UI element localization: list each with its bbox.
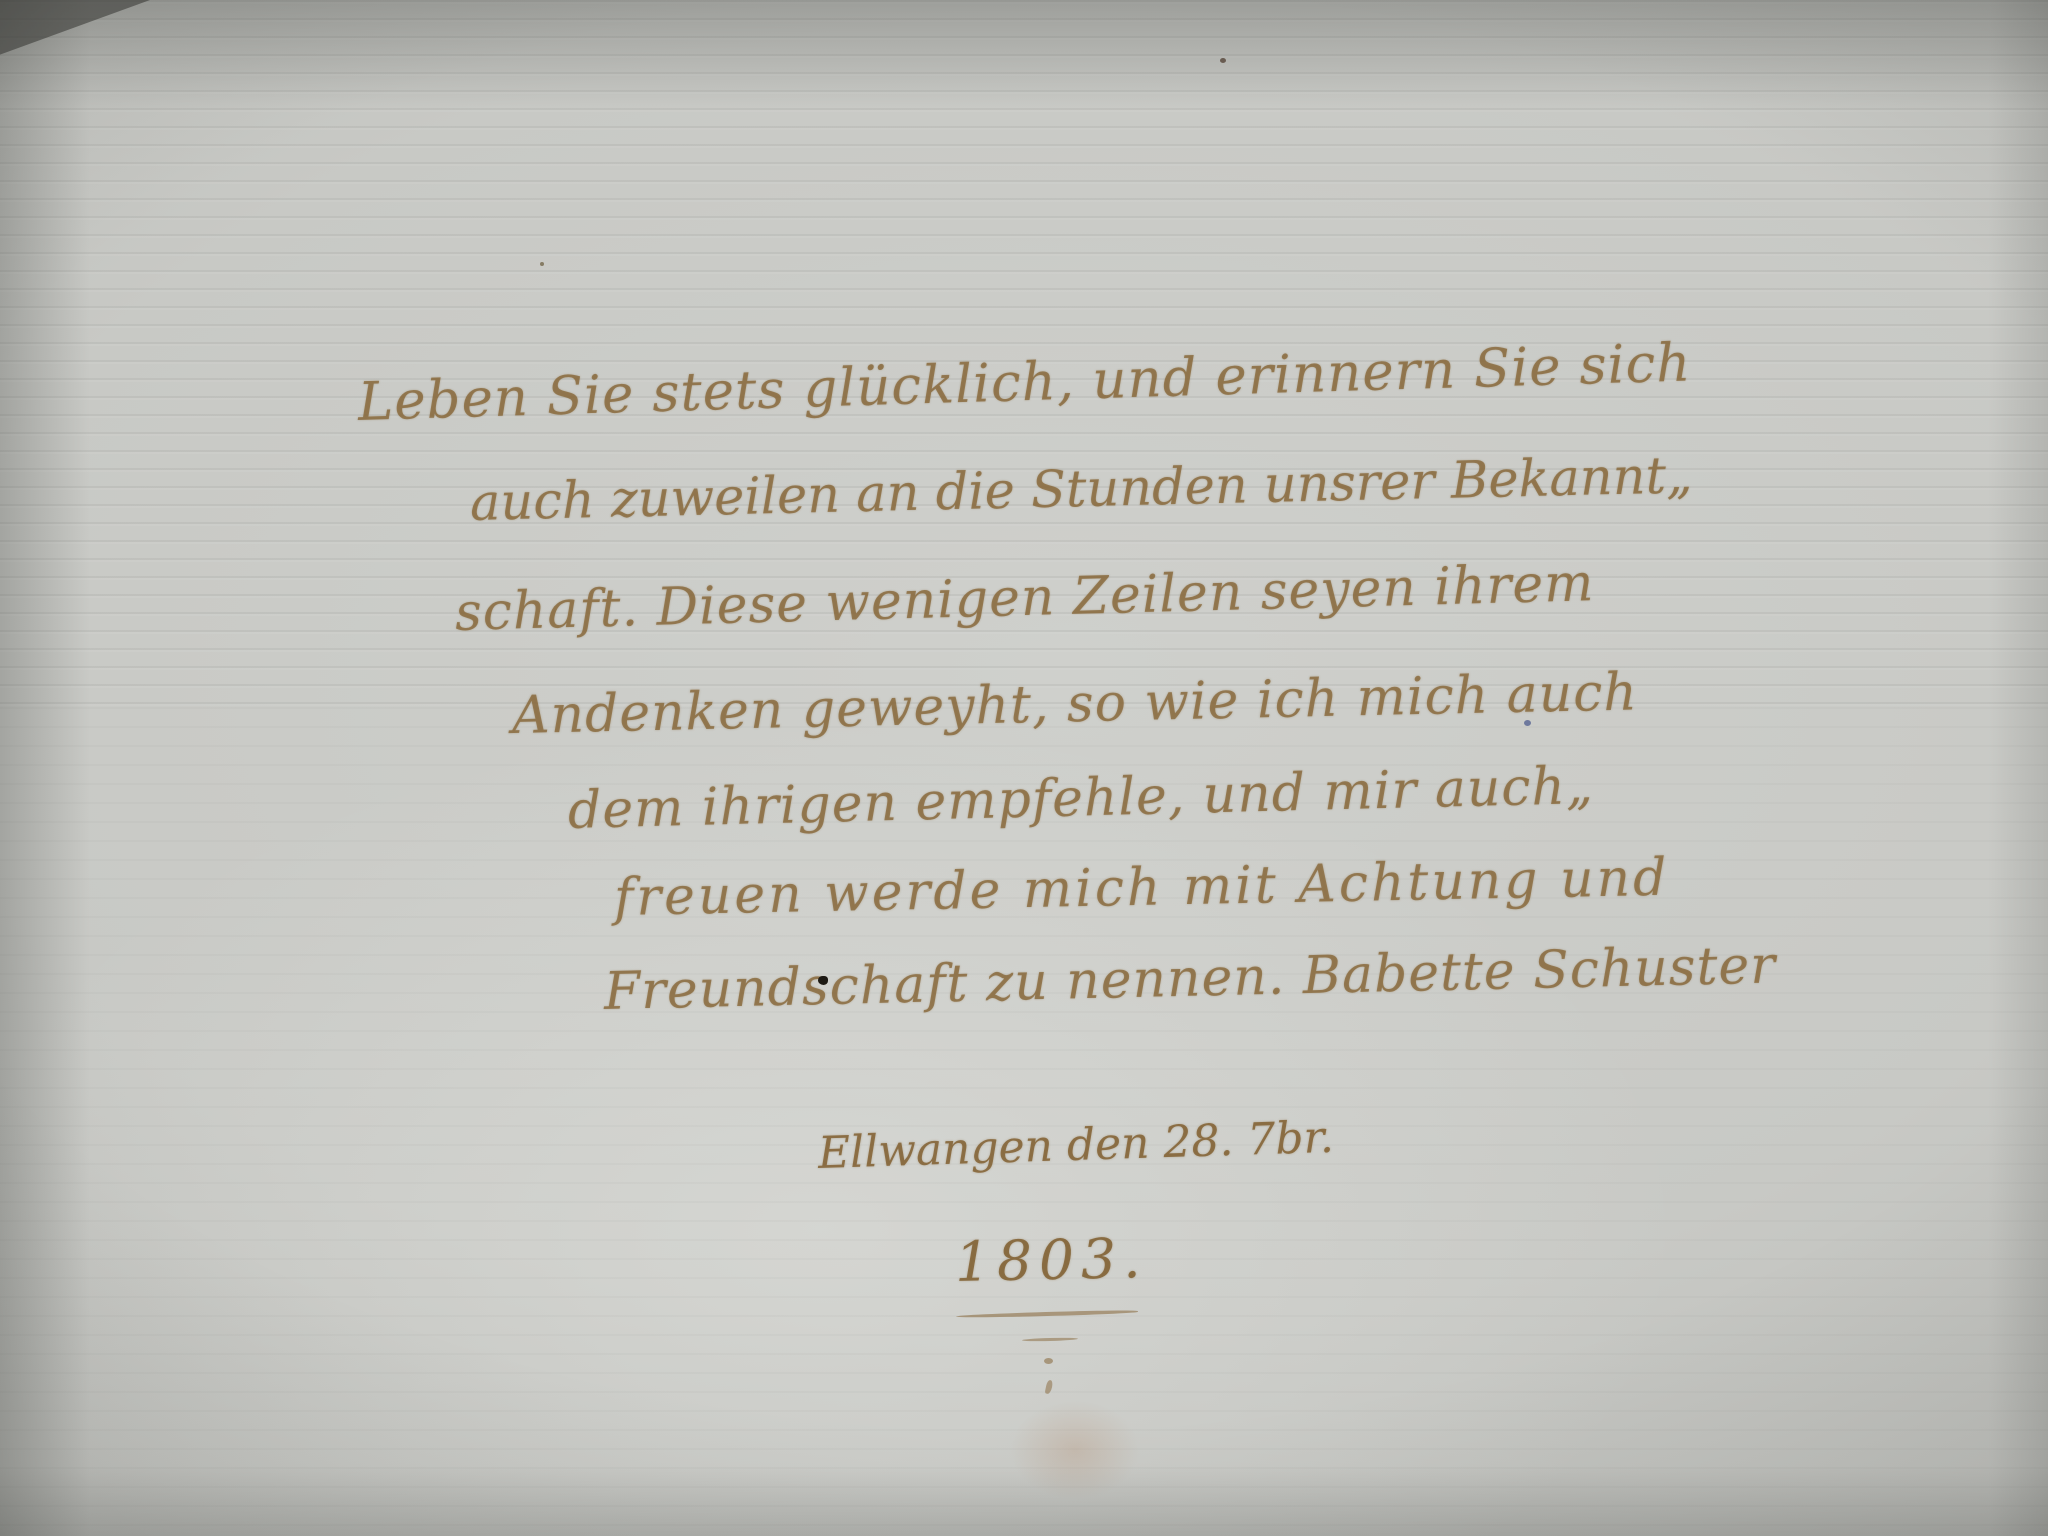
flourish-underline-long (956, 1310, 1138, 1319)
manuscript-photo: Leben Sie stets glücklich, und erinnern … (0, 0, 2048, 1536)
blue-ink-speck (1524, 720, 1531, 726)
flourish-underline-short (1022, 1337, 1078, 1341)
manuscript-line-4: Andenken geweyht, so wie ich mich auch (511, 662, 1638, 746)
manuscript-line-3: schaft. Diese wenigen Zeilen seyen ihrem (454, 553, 1595, 643)
photo-vignette (0, 0, 2048, 1536)
paper-speck (540, 262, 544, 266)
flourish-dot (1044, 1358, 1053, 1364)
manuscript-line-6: freuen werde mich mit Achtung und (613, 848, 1669, 928)
ink-speck (818, 976, 828, 985)
flourish-tick (1045, 1380, 1054, 1395)
manuscript-line-1: Leben Sie stets glücklich, und erinnern … (357, 332, 1692, 433)
manuscript-line-2: auch zuweilen an die Stunden unsrer Beka… (469, 446, 1693, 533)
paper-edge-shadow-left (0, 0, 90, 1536)
manuscript-line-5: dem ihrigen empfehle, und mir auch„ (567, 756, 1594, 841)
manuscript-line-7-signature: Freundschaft zu nennen. Babette Schuster (603, 935, 1776, 1022)
paper-edge-shadow-bottom (0, 1466, 2048, 1536)
manuscript-year: 1803. (954, 1226, 1148, 1294)
manuscript-dateline: Ellwangen den 28. 7br. (817, 1112, 1334, 1179)
paper-edge-shadow-right (1988, 0, 2048, 1536)
paper-edge-shadow-top (0, 0, 2048, 110)
